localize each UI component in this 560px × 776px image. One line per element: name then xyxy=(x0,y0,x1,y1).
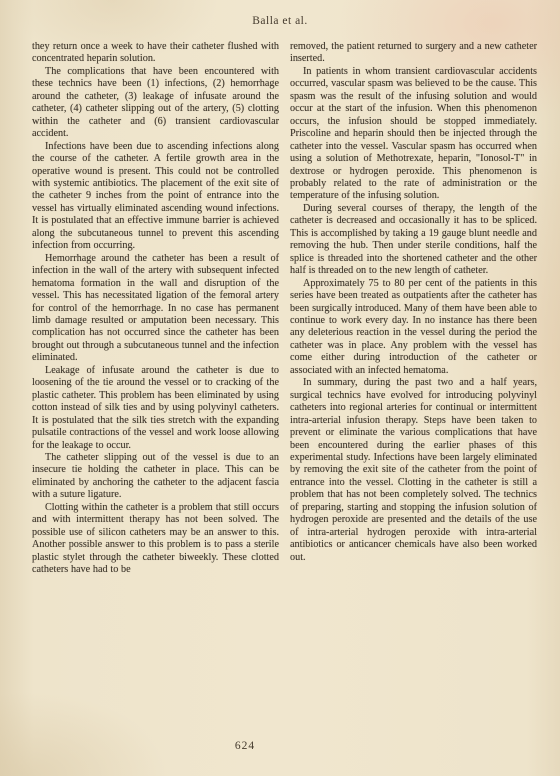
paragraph: Hemorrhage around the catheter has been … xyxy=(32,253,279,365)
paragraph: In summary, during the past two and a ha… xyxy=(290,377,537,564)
paragraph: The complications that have been encount… xyxy=(32,66,279,141)
paragraph: During several courses of therapy, the l… xyxy=(290,203,537,278)
paragraph: they return once a week to have their ca… xyxy=(32,41,279,66)
paragraph: In patients in whom transient cardiovasc… xyxy=(290,66,537,203)
paragraph: removed, the patient returned to surgery… xyxy=(290,41,537,66)
paragraph: The catheter slipping out of the vessel … xyxy=(32,452,279,502)
left-column: they return once a week to have their ca… xyxy=(32,41,279,576)
document-page: Balla et al. they return once a week to … xyxy=(0,0,560,776)
running-head: Balla et al. xyxy=(0,15,560,27)
paragraph: Clotting within the catheter is a proble… xyxy=(32,502,279,577)
paragraph: Leakage of infusate around the catheter … xyxy=(32,365,279,452)
right-column: removed, the patient returned to surgery… xyxy=(290,41,537,576)
paragraph: Infections have been due to ascending in… xyxy=(32,141,279,253)
page-number: 624 xyxy=(0,740,490,752)
text-columns: they return once a week to have their ca… xyxy=(32,41,537,576)
paragraph: Approximately 75 to 80 per cent of the p… xyxy=(290,278,537,378)
